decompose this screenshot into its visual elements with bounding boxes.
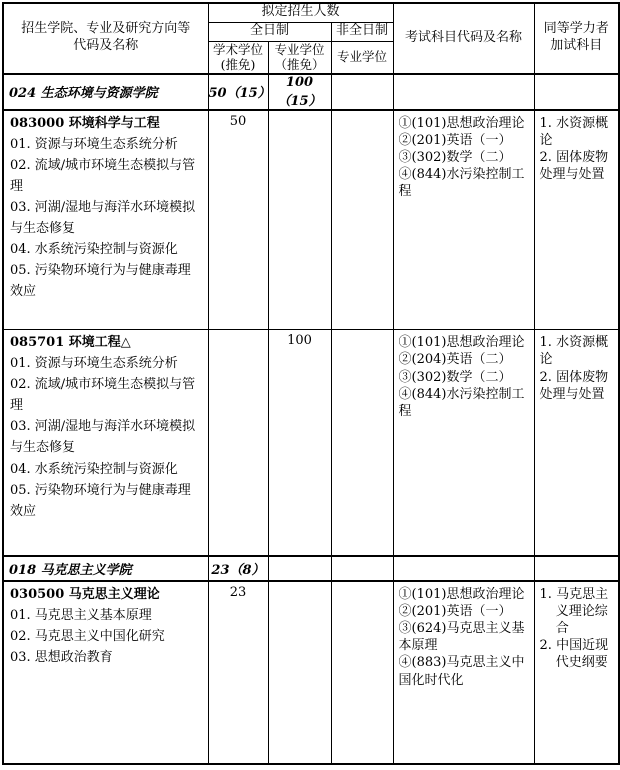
- major-name-cell: 085701 环境工程△ 01. 资源与环境生态系统分析 02. 流域/城市环境…: [3, 330, 208, 556]
- research-direction: 02. 流域/城市环境生态模拟与管理: [10, 155, 203, 197]
- additional-subject: 1. 马克思主义理论综合: [540, 586, 616, 637]
- header-exam-subjects: 考试科目代码及名称: [393, 3, 534, 74]
- exam-subject: ③(302)数学（二）: [399, 149, 530, 166]
- exam-subject: ②(201)英语（一）: [399, 603, 530, 620]
- college-name: 024 生态环境与资源学院: [3, 74, 208, 110]
- research-direction: 01. 资源与环境生态系统分析: [10, 134, 203, 155]
- header-planned-enrollment: 拟定招生人数: [208, 3, 393, 22]
- research-direction: 03. 河湖/湿地与海洋水环境模拟与生态修复: [10, 197, 203, 239]
- header-academic-degree-note: (推免): [209, 57, 268, 73]
- research-direction: 05. 污染物环境行为与健康毒理效应: [10, 260, 203, 302]
- exam-subject: ③(624)马克思主义基本原理: [399, 620, 530, 654]
- exam-subject: ④(844)水污染控制工程: [399, 166, 530, 200]
- table-header: 招生学院、专业及研究方向等 代码及名称 拟定招生人数 考试科目代码及名称 同等学…: [3, 3, 619, 74]
- header-academic-degree: 学术学位 (推免): [208, 41, 268, 74]
- exam-subject: ④(883)马克思主义中国化时代化: [399, 654, 530, 688]
- header-college-major-line1: 招生学院、专业及研究方向等: [4, 21, 208, 38]
- additional-subjects-cell: 1. 水资源概论 2. 固体废物处理与处置: [534, 330, 619, 556]
- research-direction: 02. 流域/城市环境生态模拟与管理: [10, 374, 203, 416]
- exam-subject: ③(302)数学（二）: [399, 369, 530, 386]
- exam-subjects-cell: ①(101)思想政治理论 ②(204)英语（二） ③(302)数学（二） ④(8…: [393, 330, 534, 556]
- academic-count: [208, 330, 268, 556]
- major-name-cell: 083000 环境科学与工程 01. 资源与环境生态系统分析 02. 流域/城市…: [3, 110, 208, 330]
- college-professional-count: [268, 556, 331, 581]
- exam-subject: ①(101)思想政治理论: [399, 115, 530, 132]
- header-equivalent-line2: 加试科目: [535, 38, 619, 55]
- header-parttime-degree: 专业学位: [331, 41, 393, 74]
- parttime-count: [331, 110, 393, 330]
- header-equivalent-line1: 同等学力者: [535, 21, 619, 38]
- additional-subjects-cell: 1. 马克思主义理论综合 2. 中国近现代史纲要: [534, 581, 619, 764]
- header-professional-degree: 专业学位 （推免）: [268, 41, 331, 74]
- exam-subject: ②(201)英语（一）: [399, 132, 530, 149]
- research-direction: 04. 水系统污染控制与资源化: [10, 459, 203, 480]
- professional-count: [268, 110, 331, 330]
- exam-subject: ①(101)思想政治理论: [399, 586, 530, 603]
- header-professional-degree-label: 专业学位: [269, 42, 331, 58]
- professional-count: 100: [268, 330, 331, 556]
- additional-subject: 1. 水资源概论: [540, 334, 616, 368]
- research-direction: 03. 思想政治教育: [10, 647, 203, 668]
- exam-subject: ①(101)思想政治理论: [399, 334, 530, 351]
- header-professional-degree-note: （推免）: [269, 57, 331, 73]
- major-row-030500: 030500 马克思主义理论 01. 马克思主义基本原理 02. 马克思主义中国…: [3, 581, 619, 764]
- college-academic-count: 23（8）: [208, 556, 268, 581]
- additional-subject: 2. 中国近现代史纲要: [540, 637, 616, 671]
- major-row-085701: 085701 环境工程△ 01. 资源与环境生态系统分析 02. 流域/城市环境…: [3, 330, 619, 556]
- additional-subject: 2. 固体废物处理与处置: [540, 149, 616, 183]
- research-direction: 01. 资源与环境生态系统分析: [10, 353, 203, 374]
- header-college-major: 招生学院、专业及研究方向等 代码及名称: [3, 3, 208, 74]
- college-professional-count: 100（15）: [268, 74, 331, 110]
- college-row-018: 018 马克思主义学院 23（8）: [3, 556, 619, 581]
- exam-subjects-cell: ①(101)思想政治理论 ②(201)英语（一） ③(302)数学（二） ④(8…: [393, 110, 534, 330]
- header-college-major-line2: 代码及名称: [4, 38, 208, 55]
- academic-count: 50: [208, 110, 268, 330]
- exam-subject: ④(844)水污染控制工程: [399, 386, 530, 420]
- college-name: 018 马克思主义学院: [3, 556, 208, 581]
- major-title: 085701 环境工程△: [10, 332, 203, 353]
- major-name-cell: 030500 马克思主义理论 01. 马克思主义基本原理 02. 马克思主义中国…: [3, 581, 208, 764]
- exam-subject: ②(204)英语（二）: [399, 351, 530, 368]
- major-title: 030500 马克思主义理论: [10, 584, 203, 605]
- parttime-count: [331, 330, 393, 556]
- research-direction: 04. 水系统污染控制与资源化: [10, 239, 203, 260]
- professional-count: [268, 581, 331, 764]
- header-academic-degree-label: 学术学位: [209, 42, 268, 58]
- research-direction: 02. 马克思主义中国化研究: [10, 626, 203, 647]
- college-academic-count: 50（15）: [208, 74, 268, 110]
- additional-subject: 2. 固体废物处理与处置: [540, 369, 616, 403]
- college-row-024: 024 生态环境与资源学院 50（15） 100（15）: [3, 74, 619, 110]
- research-direction: 03. 河湖/湿地与海洋水环境模拟与生态修复: [10, 416, 203, 458]
- empty-cell: [393, 74, 534, 110]
- exam-subjects-cell: ①(101)思想政治理论 ②(201)英语（一） ③(624)马克思主义基本原理…: [393, 581, 534, 764]
- additional-subject: 1. 水资源概论: [540, 115, 616, 149]
- major-row-083000: 083000 环境科学与工程 01. 资源与环境生态系统分析 02. 流域/城市…: [3, 110, 619, 330]
- additional-subjects-cell: 1. 水资源概论 2. 固体废物处理与处置: [534, 110, 619, 330]
- research-direction: 01. 马克思主义基本原理: [10, 605, 203, 626]
- header-parttime: 非全日制: [331, 22, 393, 41]
- empty-cell: [393, 556, 534, 581]
- college-parttime-count: [331, 74, 393, 110]
- admissions-catalog-page: 招生学院、专业及研究方向等 代码及名称 拟定招生人数 考试科目代码及名称 同等学…: [0, 0, 620, 765]
- parttime-count: [331, 581, 393, 764]
- empty-cell: [534, 556, 619, 581]
- admissions-table: 招生学院、专业及研究方向等 代码及名称 拟定招生人数 考试科目代码及名称 同等学…: [2, 2, 620, 765]
- empty-cell: [534, 74, 619, 110]
- header-equivalent-education: 同等学力者 加试科目: [534, 3, 619, 74]
- header-fulltime: 全日制: [208, 22, 331, 41]
- major-title: 083000 环境科学与工程: [10, 113, 203, 134]
- research-direction: 05. 污染物环境行为与健康毒理效应: [10, 480, 203, 522]
- academic-count: 23: [208, 581, 268, 764]
- college-parttime-count: [331, 556, 393, 581]
